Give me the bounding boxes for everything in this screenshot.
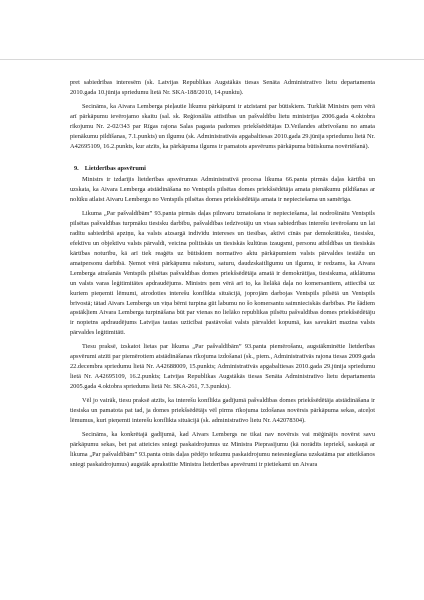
section-heading: 9.Lietderības apsvērumi <box>74 164 375 174</box>
paragraph: Secināms, ka Aivara Lemberga pieļautie l… <box>70 102 375 152</box>
scan-page-edge <box>0 59 424 60</box>
paragraph: Secināms, ka konkrētajā gadījumā, kad Ai… <box>70 430 375 470</box>
paragraph: Likuma „Par pašvaldībām” 93.panta pirmās… <box>70 209 375 338</box>
section-number: 9. <box>74 165 79 172</box>
paragraph: Tiesu praksē, izskatot lietas par likuma… <box>70 342 375 392</box>
paragraph-continued: pret sabiedrības interesēm (sk. Latvijas… <box>70 78 375 98</box>
document-page: pret sabiedrības interesēm (sk. Latvijas… <box>70 78 375 474</box>
section-title: Lietderības apsvērumi <box>85 165 146 172</box>
paragraph: Ministrs ir izdarījis lietderības apsvēr… <box>70 175 375 205</box>
paragraph: Vēl jo vairāk, tiesu praksē atzīts, ka i… <box>70 396 375 426</box>
